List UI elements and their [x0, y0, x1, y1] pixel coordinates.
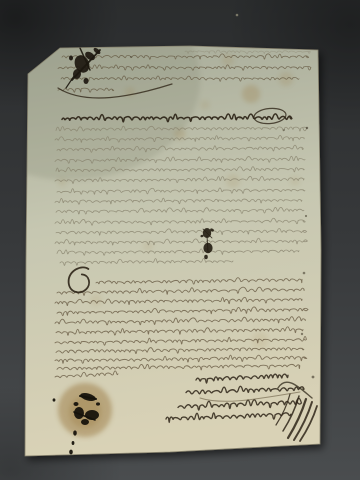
ink-blot-part	[69, 450, 73, 455]
manuscript-page	[0, 0, 360, 480]
ink-blot-part	[81, 419, 89, 425]
ink-speck	[312, 376, 315, 379]
ink-blot-part	[96, 402, 100, 405]
ink-blot-part	[84, 78, 89, 84]
photograph-of-manuscript	[0, 0, 360, 480]
ink-speck	[306, 127, 308, 129]
foxing-stain	[226, 174, 240, 188]
foxing-stain	[290, 176, 300, 186]
foxing-stain	[242, 85, 260, 103]
ink-blot-part	[74, 402, 79, 406]
ink-blot-part	[73, 430, 77, 435]
ink-blot-part	[72, 441, 75, 445]
foxing-stain	[200, 100, 210, 110]
foxing-stain	[58, 178, 66, 186]
ink-speck	[305, 215, 307, 217]
ink-blot-part	[53, 398, 56, 401]
background-speck	[236, 14, 239, 17]
ink-speck	[239, 117, 241, 119]
ink-speck	[301, 333, 303, 335]
ink-blot-part	[69, 56, 73, 61]
ink-speck	[130, 56, 132, 58]
ink-speck	[283, 129, 285, 131]
foxing-stain	[143, 241, 153, 251]
ink-speck	[303, 272, 306, 275]
foxing-stain	[90, 294, 102, 306]
ink-blot-part	[204, 255, 208, 259]
